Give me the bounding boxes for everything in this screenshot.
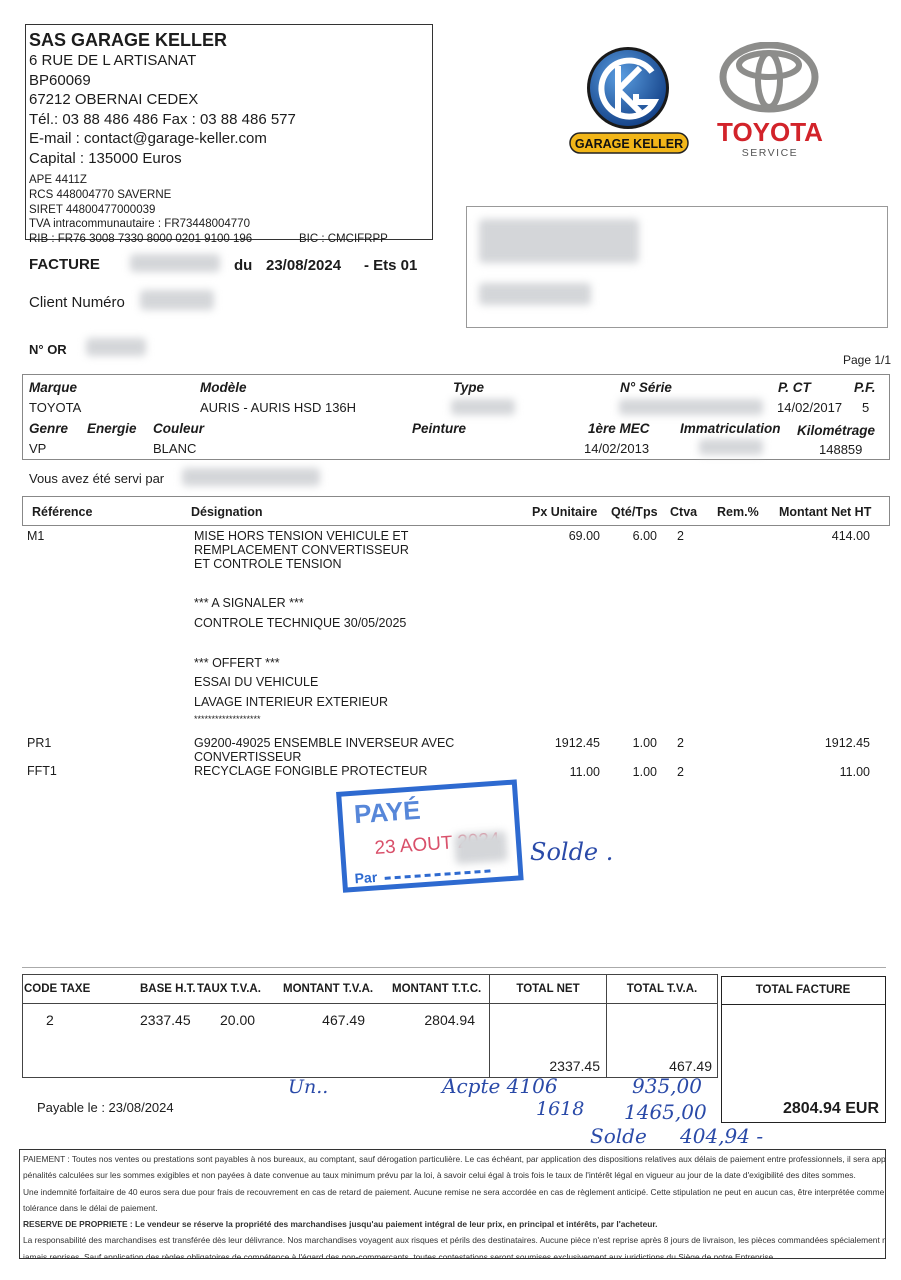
handwritten-solde-amount: 404,94 - <box>680 1124 763 1148</box>
note-line: *** OFFERT *** <box>194 656 280 670</box>
handwritten-amount: 1465,00 <box>624 1100 707 1124</box>
row-designation: CONVERTISSEUR <box>194 750 301 764</box>
company-ape: APE 4411Z <box>29 173 432 188</box>
page-number: Page 1/1 <box>843 353 891 367</box>
stamp-paid-text: PAYÉ <box>353 795 421 830</box>
tax-ttc: 2804.94 <box>373 1012 475 1028</box>
header-modele: Modèle <box>200 380 247 395</box>
tax-rate: 20.00 <box>220 1012 255 1028</box>
col-total-tva: TOTAL T.V.A. <box>606 983 718 995</box>
legal-line: tolérance dans le délai de paiement. <box>23 1200 885 1216</box>
redacted-client-name <box>479 219 639 263</box>
or-number-label: N° OR <box>29 342 67 357</box>
handwritten-note: Un.. <box>288 1076 328 1098</box>
value-marque: TOYOTA <box>29 400 81 415</box>
value-kilometrage: 148859 <box>819 442 862 457</box>
row-designation: G9200-49025 ENSEMBLE INVERSEUR AVEC <box>194 736 454 750</box>
payable-date: Payable le : 23/08/2024 <box>37 1100 174 1115</box>
vehicle-info-box: Marque Modèle Type N° Série P. CT P.F. T… <box>22 374 890 460</box>
header-pct: P. CT <box>778 380 811 395</box>
col-montant-ttc: MONTANT T.T.C. <box>392 983 481 995</box>
divider <box>22 967 886 968</box>
company-bank: RIB : FR76 3008 7330 8000 0201 9100 196 … <box>29 232 432 247</box>
note-line: ESSAI DU VEHICULE <box>194 675 318 689</box>
col-ctva: Ctva <box>670 505 697 519</box>
value-modele: AURIS - AURIS HSD 136H <box>200 400 356 415</box>
company-tva: TVA intracommunautaire : FR73448004770 <box>29 217 432 232</box>
company-info-box: SAS GARAGE KELLER 6 RUE DE L ARTISANAT B… <box>25 24 433 240</box>
redacted-type <box>451 399 515 415</box>
company-rib: RIB : FR76 3008 7330 8000 0201 9100 196 <box>29 233 252 245</box>
company-address-3: 67212 OBERNAI CEDEX <box>29 90 432 110</box>
handwritten-amount: 935,00 <box>632 1074 702 1098</box>
company-address-1: 6 RUE DE L ARTISANAT <box>29 51 432 71</box>
header-type: Type <box>453 380 484 395</box>
invoice-ets: - Ets 01 <box>364 257 417 274</box>
row-pu: 11.00 <box>530 765 600 779</box>
invoice-title: FACTURE <box>29 256 100 273</box>
row-qty: 1.00 <box>610 765 657 779</box>
redacted-client-address <box>479 283 591 305</box>
header-pf: P.F. <box>854 380 876 395</box>
legal-line: pénalités calculées sur les sommes exigi… <box>23 1167 885 1183</box>
keller-logo-text: GARAGE KELLER <box>575 137 683 151</box>
lines-table-header: Référence Désignation Px Unitaire Qté/Tp… <box>22 496 890 526</box>
col-taux-tva: TAUX T.V.A. <box>197 983 261 995</box>
col-designation: Désignation <box>191 505 263 519</box>
row-designation: REMPLACEMENT CONVERTISSEUR <box>194 543 409 557</box>
row-designation: ET CONTROLE TENSION <box>194 557 341 571</box>
tax-amount: 467.49 <box>263 1012 365 1028</box>
total-tva-value: 467.49 <box>606 1058 712 1074</box>
total-net-value: 2337.45 <box>490 1058 600 1074</box>
value-pf: 5 <box>862 400 869 415</box>
invoice-date-prefix: du <box>234 257 252 274</box>
row-ctva: 2 <box>677 529 684 543</box>
total-facture-value: 2804.94 EUR <box>783 1100 879 1118</box>
note-line: *** A SIGNALER *** <box>194 596 304 610</box>
redacted-or-number <box>86 338 146 356</box>
legal-line: La responsabilité des marchandises est t… <box>23 1232 885 1248</box>
header-genre: Genre <box>29 421 68 436</box>
header-peinture: Peinture <box>412 421 466 436</box>
col-total-facture: TOTAL FACTURE <box>722 984 884 996</box>
row-ctva: 2 <box>677 736 684 750</box>
row-ref: M1 <box>27 529 44 543</box>
toyota-service-text: SERVICE <box>742 147 798 159</box>
header-mec: 1ère MEC <box>588 421 650 436</box>
totals-net-tva-table: TOTAL NET TOTAL T.V.A. 2337.45 467.49 <box>489 974 718 1078</box>
value-mec: 14/02/2013 <box>584 441 649 456</box>
legal-line: Une indemnité forfaitaire de 40 euros se… <box>23 1184 885 1200</box>
col-montant-tva: MONTANT T.V.A. <box>283 983 373 995</box>
invoice-date: 23/08/2024 <box>266 257 341 274</box>
toyota-logo-text: TOYOTA <box>717 117 823 147</box>
divider <box>23 1003 489 1004</box>
row-pu: 69.00 <box>530 529 600 543</box>
handwritten-solde: Solde . <box>530 838 613 866</box>
col-qte: Qté/Tps <box>611 505 658 519</box>
row-ref: PR1 <box>27 736 51 750</box>
handwritten-note: 1618 <box>536 1098 584 1120</box>
note-line: ******************* <box>194 714 261 724</box>
header-serie: N° Série <box>620 380 672 395</box>
row-ref: FFT1 <box>27 764 57 778</box>
header-immatriculation: Immatriculation <box>680 421 781 436</box>
company-phone: Tél.: 03 88 486 486 Fax : 03 88 486 577 <box>29 110 432 130</box>
value-pct: 14/02/2017 <box>777 400 842 415</box>
handwritten-acompte: Acpte 4106 <box>442 1074 558 1098</box>
legal-line: jamais reprises. Sauf application des rè… <box>23 1249 885 1259</box>
col-px-unitaire: Px Unitaire <box>532 505 597 519</box>
company-name: SAS GARAGE KELLER <box>29 29 432 51</box>
served-by-label: Vous avez été servi par <box>29 471 164 486</box>
divider <box>722 1004 885 1005</box>
client-number-label: Client Numéro <box>29 294 125 311</box>
col-rem: Rem.% <box>717 505 759 519</box>
handwritten-solde-label: Solde <box>590 1124 647 1148</box>
col-reference: Référence <box>32 505 92 519</box>
col-total-net: TOTAL NET <box>490 983 606 995</box>
row-qty: 1.00 <box>610 736 657 750</box>
tax-summary-table: CODE TAXE BASE H.T. TAUX T.V.A. MONTANT … <box>22 974 490 1078</box>
row-designation: MISE HORS TENSION VEHICULE ET <box>194 529 408 543</box>
garage-keller-logo: GARAGE KELLER <box>566 44 692 156</box>
row-montant: 1912.45 <box>780 736 870 750</box>
col-base-ht: BASE H.T. <box>140 983 196 995</box>
total-facture-box: TOTAL FACTURE 2804.94 EUR <box>721 976 886 1123</box>
col-montant: Montant Net HT <box>779 505 871 519</box>
redacted-serie <box>619 399 763 415</box>
redacted-served-by <box>182 468 320 486</box>
header-energie: Energie <box>87 421 137 436</box>
row-qty: 6.00 <box>610 529 657 543</box>
header-couleur: Couleur <box>153 421 204 436</box>
row-ctva: 2 <box>677 765 684 779</box>
value-couleur: BLANC <box>153 441 196 456</box>
toyota-service-logo: TOYOTA SERVICE <box>705 42 835 160</box>
legal-line: PAIEMENT : Toutes nos ventes ou prestati… <box>23 1151 885 1167</box>
value-genre: VP <box>29 441 46 456</box>
legal-terms-box: PAIEMENT : Toutes nos ventes ou prestati… <box>19 1149 886 1259</box>
header-kilometrage: Kilométrage <box>797 423 875 438</box>
legal-line: RESERVE DE PROPRIETE : Le vendeur se rés… <box>23 1216 885 1232</box>
divider <box>490 1003 717 1004</box>
col-code-taxe: CODE TAXE <box>24 983 90 995</box>
paid-stamp: PAYÉ 23 AOUT 2024 Par <box>334 776 527 901</box>
company-bic: BIC : CMCIFRPP <box>299 232 388 247</box>
redacted-immatriculation <box>699 439 763 455</box>
company-address-2: BP60069 <box>29 71 432 91</box>
redacted-client-number <box>140 290 214 310</box>
client-address-box <box>466 206 888 328</box>
row-montant: 11.00 <box>780 765 870 779</box>
company-siret: SIRET 44800477000039 <box>29 203 432 218</box>
row-designation: RECYCLAGE FONGIBLE PROTECTEUR <box>194 764 427 778</box>
company-rcs: RCS 448004770 SAVERNE <box>29 188 432 203</box>
tax-code: 2 <box>46 1012 54 1028</box>
company-capital: Capital : 135000 Euros <box>29 149 432 169</box>
company-email: E-mail : contact@garage-keller.com <box>29 129 432 149</box>
header-marque: Marque <box>29 380 77 395</box>
row-montant: 414.00 <box>780 529 870 543</box>
note-line: CONTROLE TECHNIQUE 30/05/2025 <box>194 616 406 630</box>
row-pu: 1912.45 <box>510 736 600 750</box>
tax-base: 2337.45 <box>140 1012 191 1028</box>
redacted-invoice-number <box>130 254 220 272</box>
redacted-stamp-signature <box>454 831 508 865</box>
note-line: LAVAGE INTERIEUR EXTERIEUR <box>194 695 388 709</box>
stamp-by: Par <box>354 869 378 887</box>
